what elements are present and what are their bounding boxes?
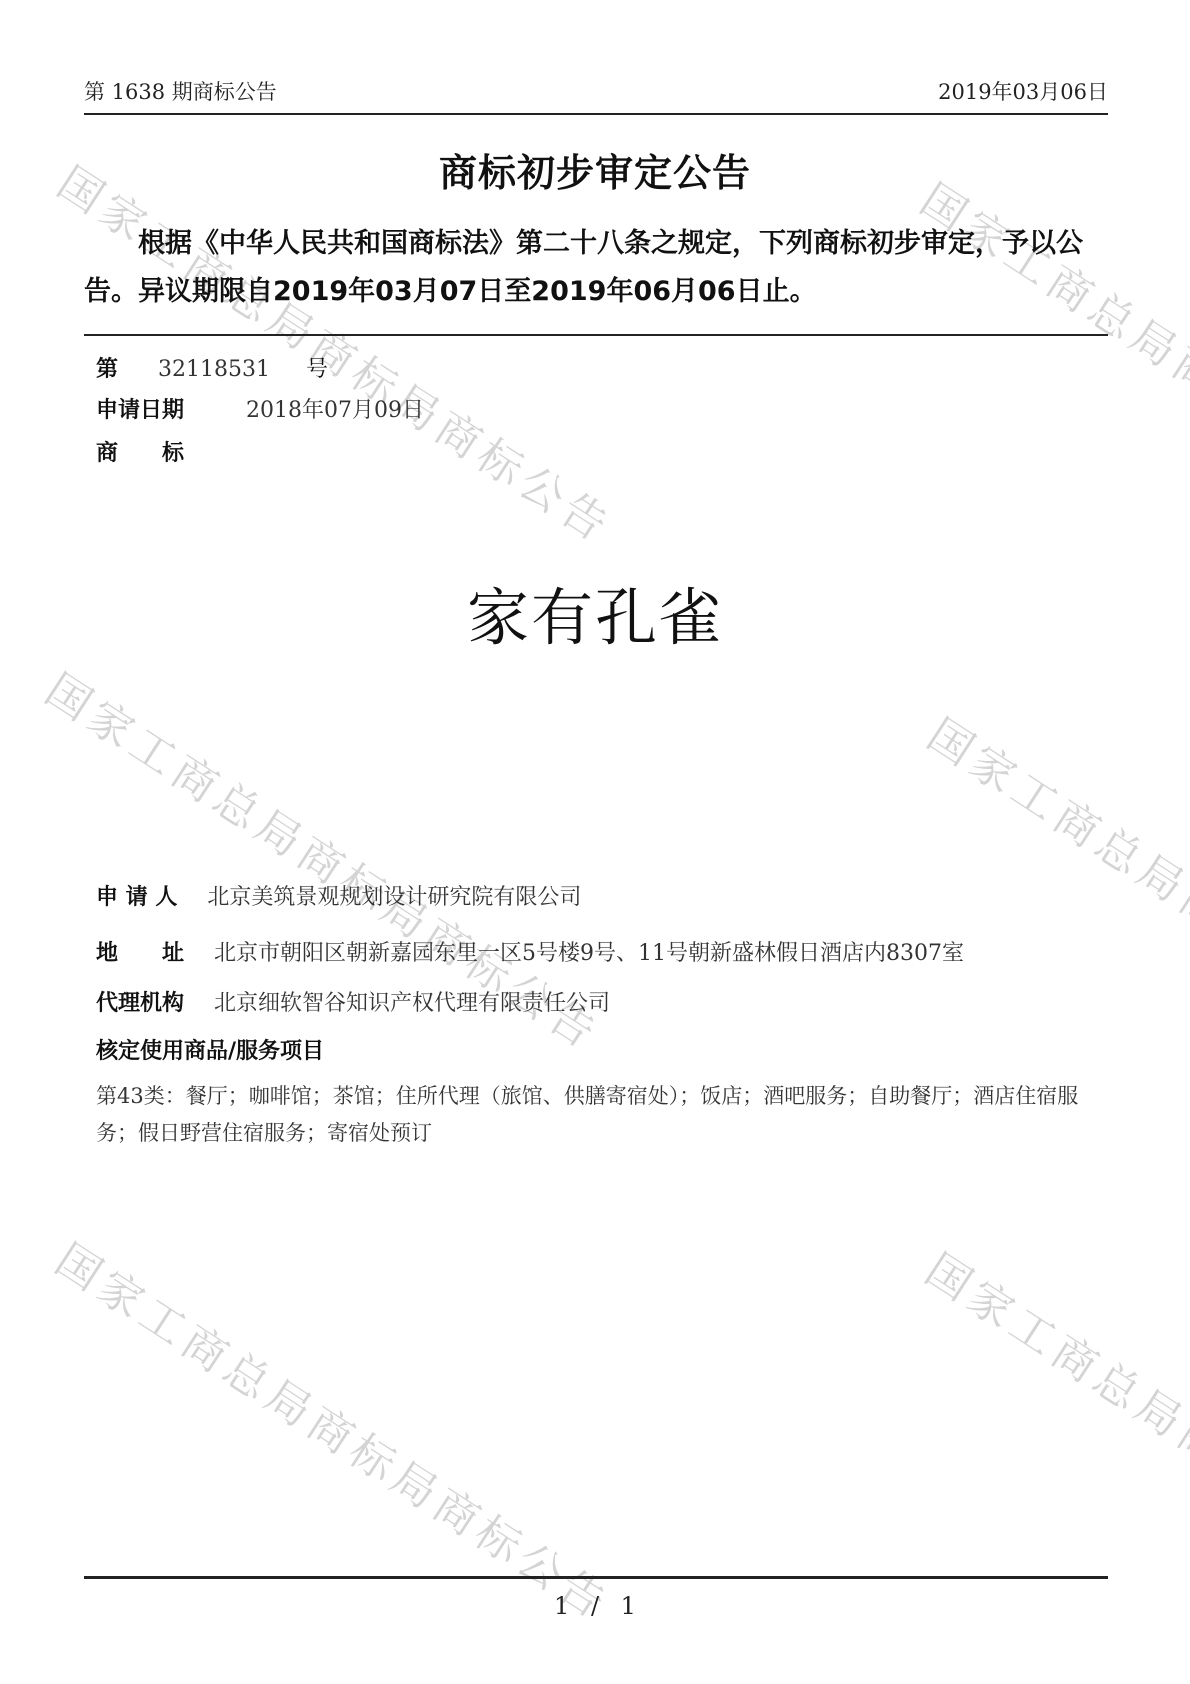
- mark-row: 商 标: [96, 436, 184, 467]
- trademark-word-mark: 家有孔雀: [0, 568, 1190, 657]
- page-header: 第 1638 期商标公告 2019年03月06日: [84, 76, 1108, 106]
- mark-label: 商 标: [96, 436, 184, 467]
- filing-date-row: 申请日期 2018年07月09日: [96, 393, 424, 424]
- section-divider: [84, 334, 1108, 336]
- watermark: 国家工商总局商标局商标公告: [45, 1225, 625, 1633]
- header-divider: [84, 113, 1108, 115]
- address-value: 北京市朝阳区朝新嘉园东里一区5号楼9号、11号朝新盛林假日酒店内8307室: [214, 936, 964, 967]
- registration-number: 32118531: [158, 357, 270, 382]
- applicant-label: 申 请 人: [96, 880, 177, 911]
- watermark: 国家工商总局商标局商标公告: [915, 1235, 1190, 1643]
- page-title: 商标初步审定公告: [0, 142, 1190, 197]
- publication-date: 2019年03月06日: [938, 76, 1108, 106]
- applicant-name: 北京美筑景观规划设计研究院有限公司: [207, 880, 581, 911]
- page-number: 1 / 1: [0, 1592, 1190, 1620]
- agent-name: 北京细软智谷知识产权代理有限责任公司: [214, 986, 610, 1017]
- issue-number: 第 1638 期商标公告: [84, 76, 277, 106]
- filing-date: 2018年07月09日: [246, 393, 424, 424]
- footer-divider: [84, 1576, 1108, 1579]
- address-row: 地 址 北京市朝阳区朝新嘉园东里一区5号楼9号、11号朝新盛林假日酒店内8307…: [96, 936, 964, 967]
- intro-paragraph: 根据《中华人民共和国商标法》第二十八条之规定，下列商标初步审定，予以公告。异议期…: [84, 220, 1114, 316]
- address-label: 地 址: [96, 936, 184, 967]
- number-suffix-label: 号: [306, 352, 328, 383]
- agent-label: 代理机构: [96, 986, 184, 1017]
- applicant-row: 申 请 人 北京美筑景观规划设计研究院有限公司: [96, 880, 581, 911]
- watermark: 国家工商总局商标局商标公告: [917, 700, 1190, 1108]
- registration-number-row: 第 32118531 号: [96, 352, 328, 383]
- filing-date-label: 申请日期: [96, 393, 184, 424]
- number-prefix-label: 第: [96, 352, 118, 383]
- agent-row: 代理机构 北京细软智谷知识产权代理有限责任公司: [96, 986, 610, 1017]
- goods-services-title: 核定使用商品/服务项目: [96, 1034, 324, 1065]
- goods-services-list: 第43类：餐厅；咖啡馆；茶馆；住所代理（旅馆、供膳寄宿处）；饭店；酒吧服务；自助…: [96, 1078, 1106, 1152]
